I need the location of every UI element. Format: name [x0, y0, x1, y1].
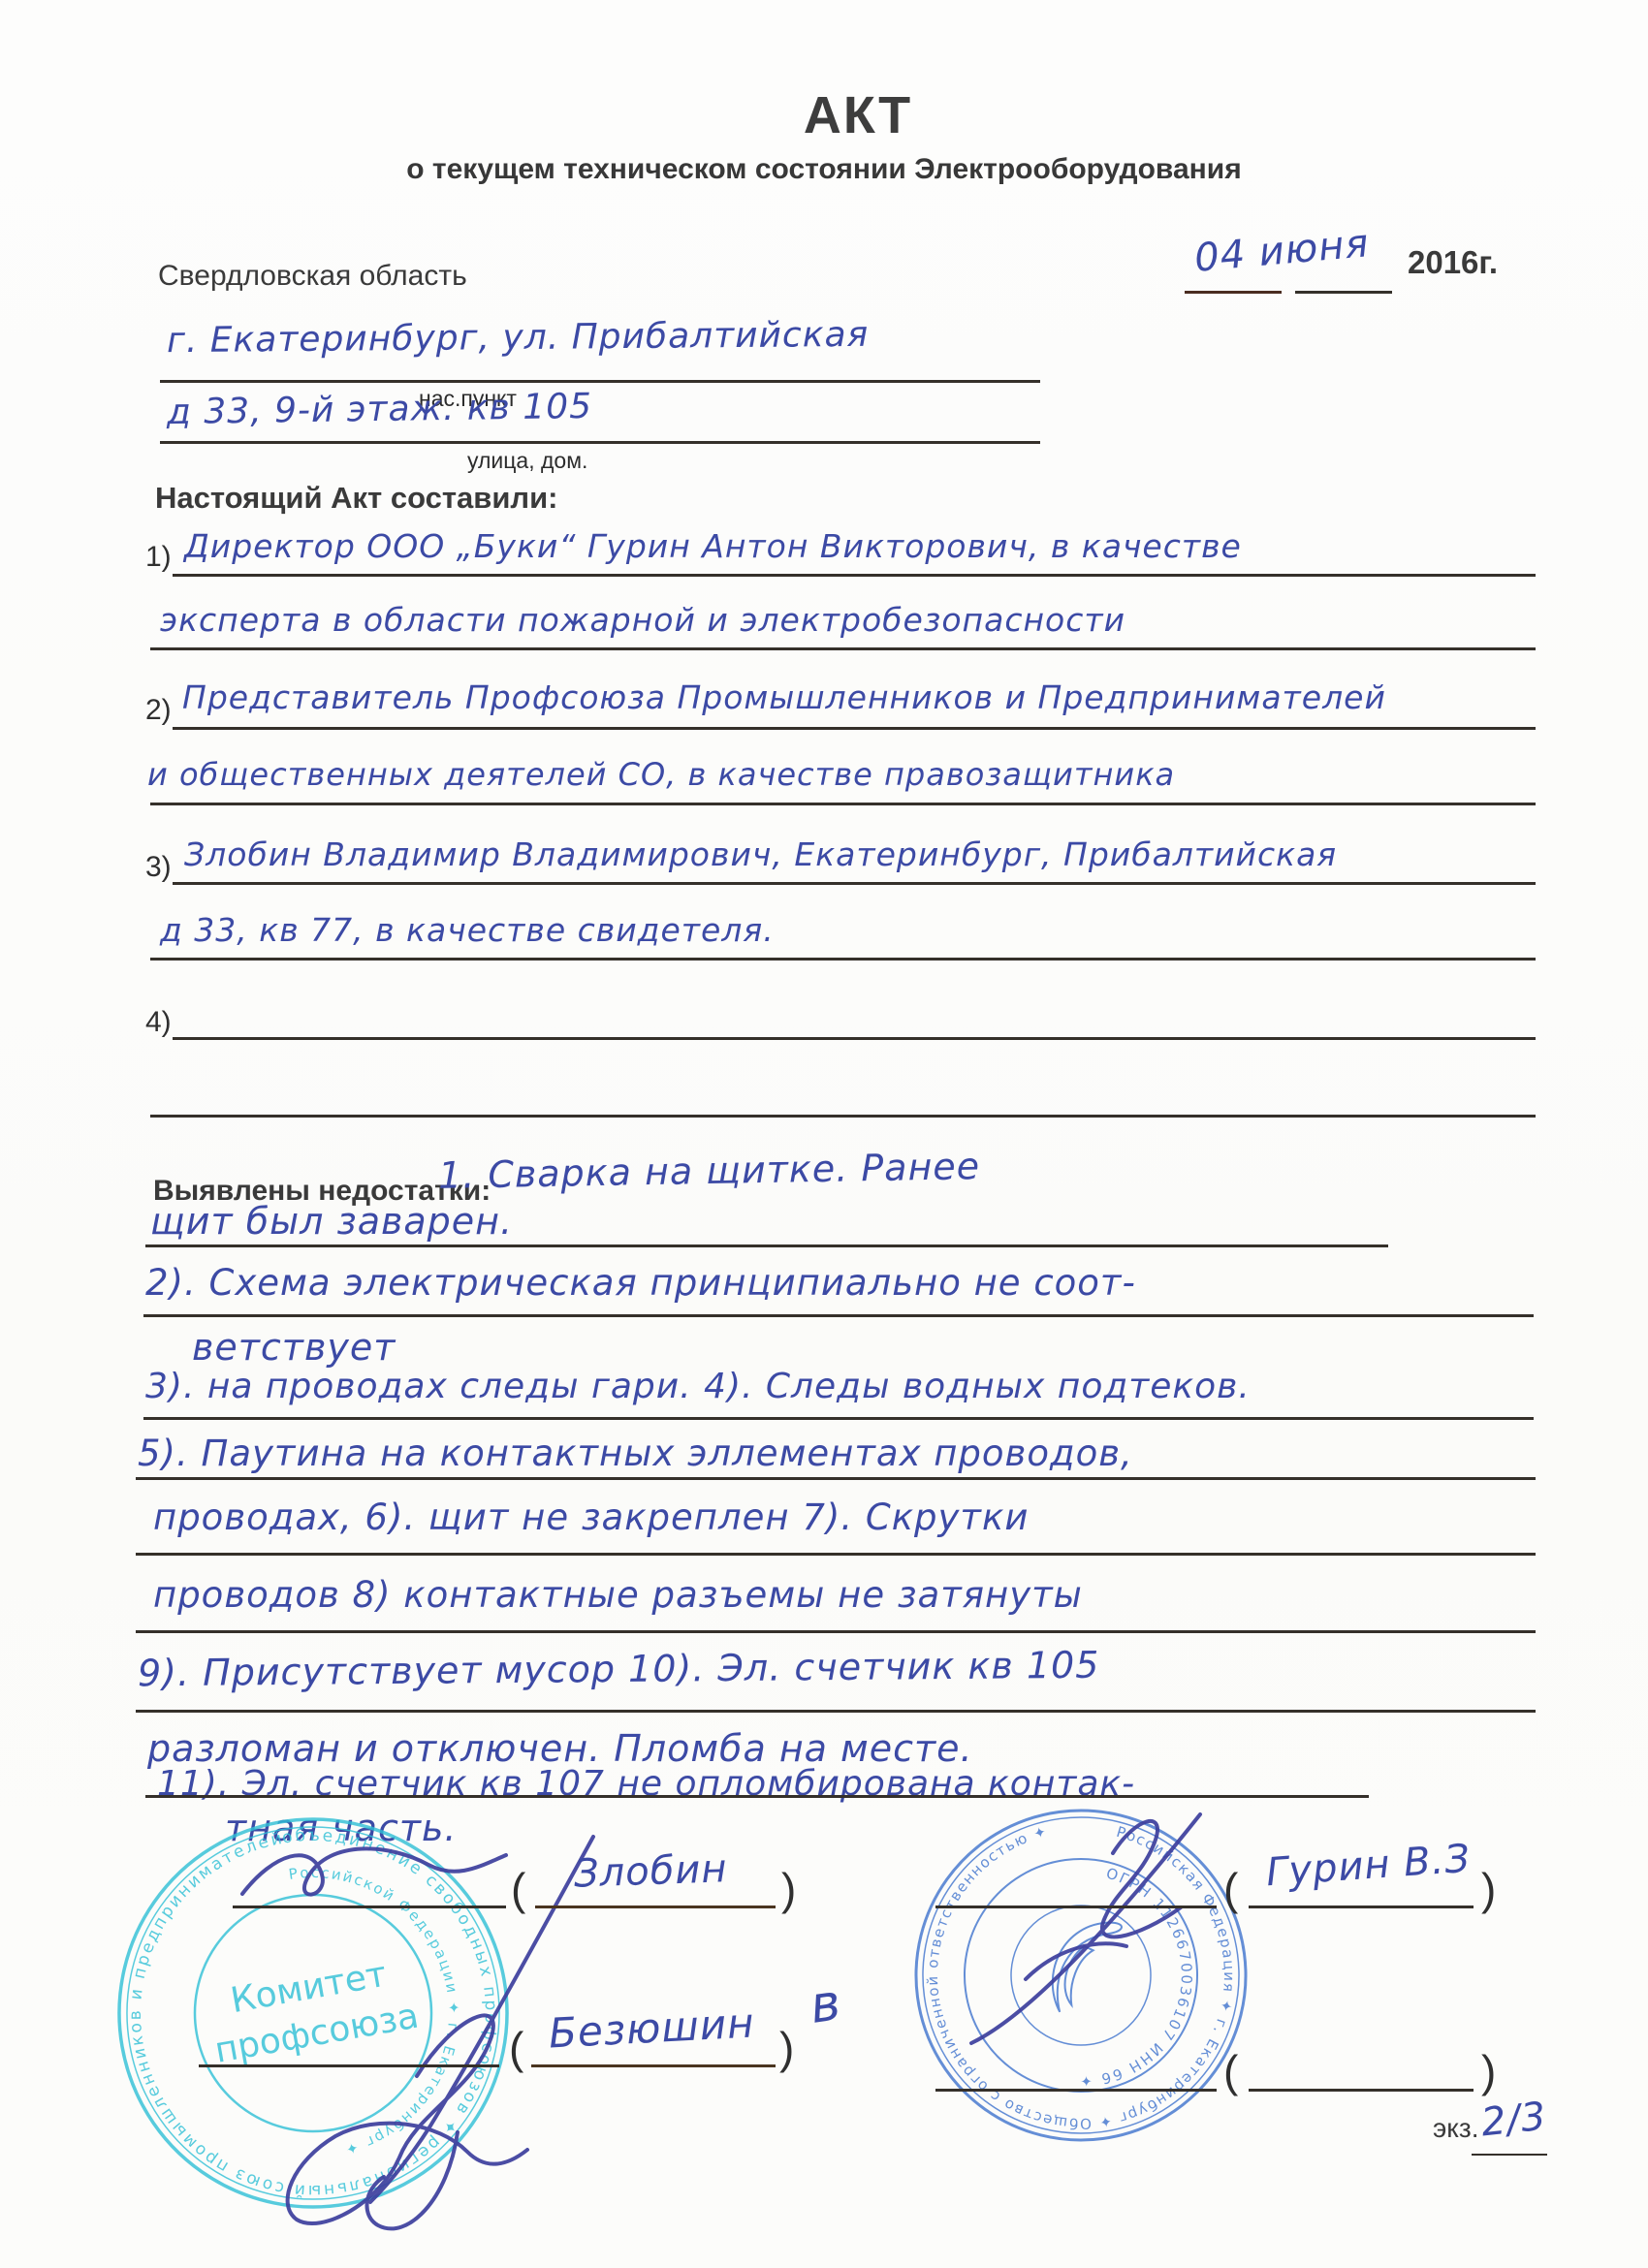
date-underline-day: [1185, 291, 1282, 294]
copy-number-handwritten: 2/3: [1479, 2095, 1549, 2146]
ruled-line: [173, 1037, 1536, 1040]
composers-heading: Настоящий Акт составили:: [155, 481, 557, 516]
paren-close: ): [781, 1863, 796, 1915]
ruled-line: [150, 647, 1536, 650]
ruled-line: [136, 1477, 1536, 1480]
composer-2-line1: Представитель Профсоюза Промышленников и…: [182, 678, 1386, 716]
signature-line: [199, 2064, 499, 2067]
defect-line: проводах, 6). щит не закреплен 7). Скрут…: [153, 1496, 1029, 1538]
handwritten-date: 04 июня: [1192, 221, 1371, 281]
address-settlement-value: г. Екатеринбург, ул. Прибалтийская: [167, 315, 870, 361]
ruled-line: [173, 882, 1536, 885]
paren-open: (: [1223, 2045, 1238, 2097]
paren-open: (: [1223, 1863, 1238, 1915]
signature-name-line: [535, 1906, 776, 1908]
union-committee-stamp: объединение свободных профсоюзов ✦ регио…: [72, 1772, 555, 2254]
signature-name-line: [1249, 2089, 1474, 2092]
settlement-underline: [160, 380, 1040, 383]
paren-open: (: [509, 2022, 523, 2074]
signatory-name-gurin: Гурин В.З: [1265, 1837, 1473, 1896]
ruled-line: [150, 803, 1536, 805]
composer-2-line2: и общественных деятелей СО, в качестве п…: [147, 756, 1175, 793]
ruled-line: [136, 1553, 1536, 1556]
company-stamp: Российская Федерация ✦ г. Екатеринбург ✦…: [870, 1764, 1292, 2187]
item-number: 2): [145, 694, 172, 727]
ruled-line: [173, 574, 1536, 577]
defect-line: 2). Схема электрическая принципиально не…: [145, 1262, 1136, 1304]
document-title: АКТ: [0, 85, 1648, 145]
document-subtitle: о текущем техническом состоянии Электроо…: [0, 153, 1648, 186]
defect-line: 3). на проводах следы гари. 4). Следы во…: [145, 1367, 1251, 1406]
signatory-name-bezyushin: Безюшин: [548, 1999, 756, 2057]
paren-close: ): [779, 2022, 794, 2074]
composer-1-line1: Директор ООО „Буки“ Гурин Антон Викторов…: [184, 527, 1242, 565]
paren-close: ): [1481, 1863, 1496, 1915]
paren-open: (: [511, 1863, 525, 1915]
street-field-label: улица, дом.: [467, 448, 587, 474]
paren-close: ): [1481, 2045, 1496, 2097]
address-street-value: д 33, 9-й этаж. кв 105: [167, 387, 593, 432]
defect-line: проводов 8) контактные разъемы не затяну…: [153, 1574, 1083, 1616]
defect-line: 9). Присутствует мусор 10). Эл. счетчик …: [138, 1644, 1100, 1695]
item-number: 3): [145, 851, 172, 884]
ruled-line: [150, 958, 1536, 961]
signatory-name-zlobin: Злобин: [573, 1846, 728, 1897]
company-stamp-ring-outer-text: Российская Федерация ✦ г. Екатеринбург ✦…: [891, 1785, 1272, 2166]
signature-flourish: в: [807, 1973, 845, 2035]
item-number: 4): [145, 1006, 172, 1039]
signature-line: [233, 1906, 506, 1908]
ruled-line: [143, 1417, 1534, 1420]
svg-text:Российская Федерация ✦ г. Екат: Российская Федерация ✦ г. Екатеринбург ✦…: [891, 1785, 1272, 2166]
company-stamp-emblem: [1044, 1911, 1122, 2022]
scanned-act-document: АКТ о текущем техническом состоянии Элек…: [0, 0, 1648, 2268]
item-number: 1): [145, 541, 172, 574]
ruled-line: [136, 1630, 1536, 1633]
date-underline-month: [1295, 291, 1392, 294]
ruled-line: [136, 1710, 1536, 1713]
signature-name-line: [1249, 1906, 1474, 1908]
ruled-line: [143, 1314, 1534, 1317]
composer-1-line2: эксперта в области пожарной и электробез…: [160, 601, 1125, 639]
ruled-line: [145, 1244, 1388, 1247]
ruled-line: [145, 1795, 1369, 1798]
defect-line: 5). Паутина на контактных эллементах про…: [138, 1433, 1133, 1474]
ruled-line: [150, 1115, 1536, 1118]
ruled-line: [173, 727, 1536, 730]
composer-3-line2: д 33, кв 77, в качестве свидетеля.: [160, 911, 775, 949]
date-year: 2016г.: [1408, 244, 1498, 281]
defect-line: 1. Сварка на щитке. Ранее: [438, 1145, 981, 1197]
copy-label: экз.: [1433, 2113, 1478, 2144]
signature-line: [935, 1906, 1217, 1908]
copy-number-underline: [1472, 2154, 1547, 2156]
composer-3-line1: Злобин Владимир Владимирович, Екатеринбу…: [184, 835, 1337, 873]
defect-line: щит был заварен.: [150, 1200, 513, 1243]
signature-name-line: [531, 2064, 776, 2067]
region-label: Свердловская область: [158, 260, 467, 293]
street-underline: [160, 441, 1040, 444]
defect-line: ветствует: [192, 1326, 396, 1369]
signature-line: [935, 2089, 1217, 2092]
